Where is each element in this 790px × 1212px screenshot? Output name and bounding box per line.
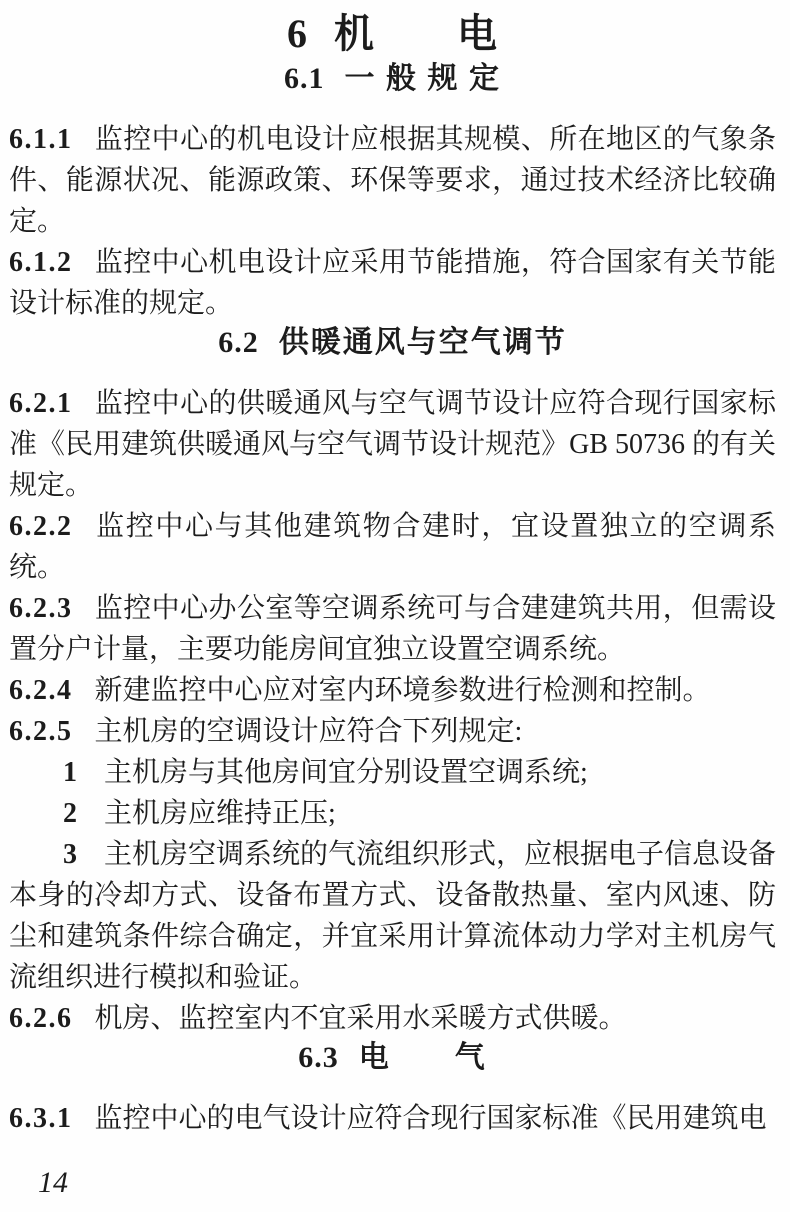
clause-6-2-3: 6.2.3监控中心办公室等空调系统可与合建建筑共用，但需设置分户计量，主要功能房… bbox=[9, 588, 776, 670]
subitem-number: 2 bbox=[63, 798, 77, 829]
clause-text: 主机房的空调设计应符合下列规定: bbox=[95, 716, 523, 747]
clause-6-2-6: 6.2.6机房、监控室内不宜采用水采暖方式供暖。 bbox=[9, 998, 776, 1039]
clause-number: 6.2.2 bbox=[9, 511, 73, 542]
subitem-text: 主机房与其他房间宜分别设置空调系统; bbox=[104, 757, 588, 788]
clause-number: 6.3.1 bbox=[9, 1103, 73, 1134]
clause-6-3-1: 6.3.1监控中心的电气设计应符合现行国家标准《民用建筑电 bbox=[9, 1098, 776, 1139]
clause-text: 监控中心的机电设计应根据其规模、所在地区的气象条件、能源状况、能源政策、环保等要… bbox=[9, 124, 776, 237]
section-title: 供暖通风与空气调节 bbox=[279, 326, 567, 359]
clause-number: 6.1.2 bbox=[9, 247, 73, 278]
chapter-name: 机 电 bbox=[334, 11, 498, 56]
subitem-text: 主机房空调系统的气流组织形式，应根据电子信息设备本身的冷却方式、设备布置方式、设… bbox=[9, 839, 776, 993]
clause-number: 6.2.3 bbox=[9, 593, 73, 624]
clause-text: 监控中心与其他建筑物合建时，宜设置独立的空调系统。 bbox=[9, 511, 776, 583]
subitem-1: 1主机房与其他房间宜分别设置空调系统; bbox=[9, 752, 776, 793]
clause-number: 6.2.4 bbox=[9, 675, 73, 706]
clause-text: 监控中心机电设计应采用节能措施，符合国家有关节能设计标准的规定。 bbox=[9, 247, 776, 319]
section-title: 电 气 bbox=[359, 1041, 487, 1074]
chapter-number: 6 bbox=[287, 11, 308, 56]
chapter-title: 6机 电 bbox=[9, 0, 776, 60]
clause-6-2-4: 6.2.4新建监控中心应对室内环境参数进行检测和控制。 bbox=[9, 670, 776, 711]
section-number: 6.1 bbox=[284, 62, 325, 95]
clause-number: 6.1.1 bbox=[9, 124, 73, 155]
clause-text: 监控中心办公室等空调系统可与合建建筑共用，但需设置分户计量，主要功能房间宜独立设… bbox=[9, 593, 776, 665]
section-number: 6.2 bbox=[218, 326, 259, 359]
subitem-number: 1 bbox=[63, 757, 77, 788]
clause-6-1-2: 6.1.2监控中心机电设计应采用节能措施，符合国家有关节能设计标准的规定。 bbox=[9, 242, 776, 324]
section-number: 6.3 bbox=[298, 1041, 339, 1074]
section-heading-6-1: 6.1一 般 规 定 bbox=[9, 60, 776, 98]
clause-text: 新建监控中心应对室内环境参数进行检测和控制。 bbox=[95, 675, 711, 706]
clause-6-1-1: 6.1.1监控中心的机电设计应根据其规模、所在地区的气象条件、能源状况、能源政策… bbox=[9, 119, 776, 242]
section-heading-6-2: 6.2供暖通风与空气调节 bbox=[9, 324, 776, 362]
subitem-text: 主机房应维持正压; bbox=[104, 798, 336, 829]
page-number: 14 bbox=[38, 1166, 68, 1200]
subitem-3: 3主机房空调系统的气流组织形式，应根据电子信息设备本身的冷却方式、设备布置方式、… bbox=[9, 834, 776, 998]
clause-text: 机房、监控室内不宜采用水采暖方式供暖。 bbox=[95, 1003, 627, 1034]
clause-number: 6.2.1 bbox=[9, 388, 73, 419]
clause-6-2-1: 6.2.1监控中心的供暖通风与空气调节设计应符合现行国家标准《民用建筑供暖通风与… bbox=[9, 383, 776, 506]
clause-number: 6.2.5 bbox=[9, 716, 73, 747]
document-page: 6机 电 6.1一 般 规 定 6.1.1监控中心的机电设计应根据其规模、所在地… bbox=[0, 0, 790, 1212]
clause-text: 监控中心的电气设计应符合现行国家标准《民用建筑电 bbox=[95, 1103, 767, 1134]
clause-6-2-2: 6.2.2监控中心与其他建筑物合建时，宜设置独立的空调系统。 bbox=[9, 506, 776, 588]
section-title: 一 般 规 定 bbox=[345, 62, 502, 95]
section-6-2-body: 6.2.1监控中心的供暖通风与空气调节设计应符合现行国家标准《民用建筑供暖通风与… bbox=[9, 383, 776, 1039]
clause-number: 6.2.6 bbox=[9, 1003, 73, 1034]
section-heading-6-3: 6.3电 气 bbox=[9, 1039, 776, 1077]
subitem-2: 2主机房应维持正压; bbox=[9, 793, 776, 834]
subitem-number: 3 bbox=[63, 839, 77, 870]
clause-6-2-5: 6.2.5主机房的空调设计应符合下列规定: bbox=[9, 711, 776, 752]
section-6-3-body: 6.3.1监控中心的电气设计应符合现行国家标准《民用建筑电 bbox=[9, 1098, 776, 1139]
clause-text: 监控中心的供暖通风与空气调节设计应符合现行国家标准《民用建筑供暖通风与空气调节设… bbox=[9, 388, 776, 501]
section-6-1-body: 6.1.1监控中心的机电设计应根据其规模、所在地区的气象条件、能源状况、能源政策… bbox=[9, 119, 776, 324]
